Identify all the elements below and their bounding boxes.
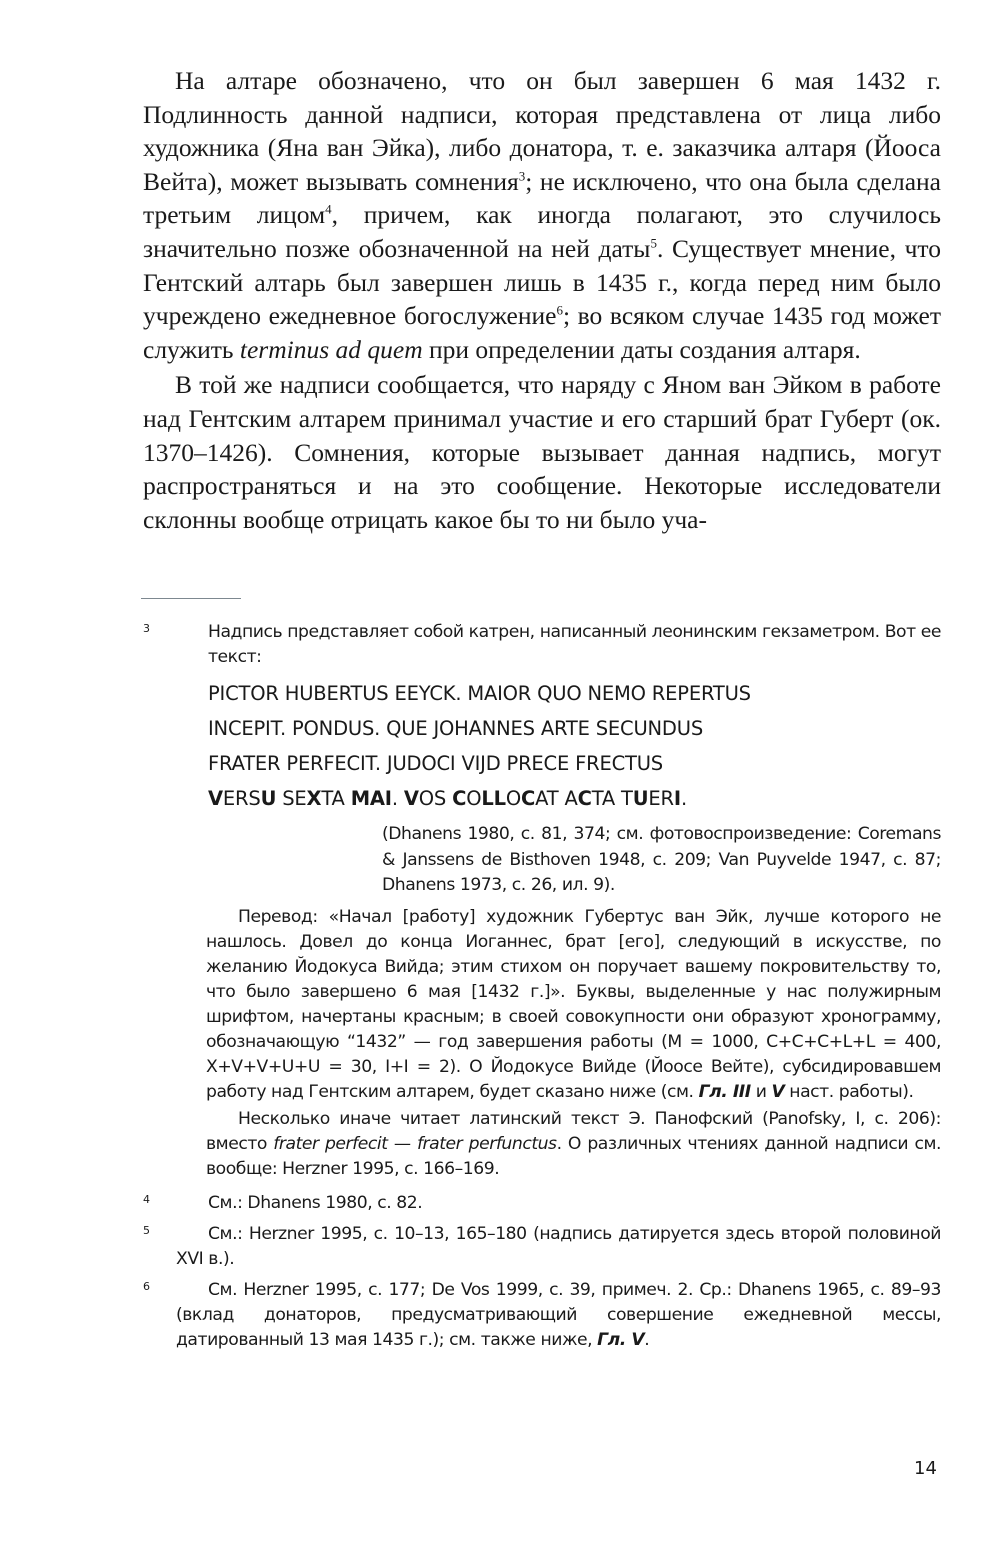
text-span: ERS <box>223 787 261 810</box>
verse-line-1: PICTOR HUBERTUS EEYCK. MAIOR QUO NEMO RE… <box>208 676 941 711</box>
chronogram-letter: V <box>208 787 223 810</box>
text-span: при определении даты создания алтаря. <box>423 335 861 364</box>
text-span: . <box>644 1330 649 1350</box>
footnote-separator <box>141 598 241 599</box>
verse-line-4-chronogram: VERSU SEXTA MAI. VOS COLLOCAT ACTA TUERI… <box>208 781 941 816</box>
chronogram-letter: C <box>521 787 535 810</box>
footnote-number: 4 <box>143 1191 150 1209</box>
page-number: 14 <box>914 1458 937 1479</box>
panofsky-paragraph: Несколько иначе читает латинский текст Э… <box>206 1107 941 1182</box>
text-span: и <box>751 1082 772 1102</box>
chronogram-letter: C <box>452 787 466 810</box>
text-span: — <box>388 1134 417 1154</box>
text-span: AT A <box>535 787 577 810</box>
footnote-3: 3 Надпись представляет собой катрен, нап… <box>143 620 941 1182</box>
text-span: TA <box>321 787 350 810</box>
verse-line-3: FRATER PERFECIT. JUDOCI VIJD PRECE FRECT… <box>208 746 941 781</box>
latin-phrase: frater perfecit <box>273 1134 387 1154</box>
chronogram-letter: LL <box>481 787 505 810</box>
chronogram-letter: I <box>674 787 681 810</box>
paragraph-2: В той же надписи сообщается, что наряду … <box>143 368 941 536</box>
text-span: TA T <box>592 787 633 810</box>
chronogram-letter: C <box>578 787 592 810</box>
text-span: См. Herzner 1995, с. 177; De Vos 1999, с… <box>176 1280 941 1350</box>
text-span: Перевод: «Начал [работу] художник Губерт… <box>206 907 941 1102</box>
text-span: наст. работы). <box>784 1082 913 1102</box>
chronogram-letter: X <box>307 787 322 810</box>
footnote-intro: Надпись представляет собой катрен, напис… <box>208 620 941 670</box>
footnote-number: 3 <box>143 620 150 638</box>
footnote-text: См.: Dhanens 1980, с. 82. <box>208 1191 941 1216</box>
footnote-number: 5 <box>143 1222 150 1240</box>
footnote-5: 5 См.: Herzner 1995, с. 10–13, 165–180 (… <box>143 1222 941 1272</box>
translation-paragraph: Перевод: «Начал [работу] художник Губерт… <box>206 905 941 1105</box>
chronogram-letter: U <box>633 787 649 810</box>
text-span: OS <box>419 787 452 810</box>
text-span: O <box>506 787 521 810</box>
footnote-6: 6 См. Herzner 1995, с. 177; De Vos 1999,… <box>143 1278 941 1353</box>
footnote-text: См. Herzner 1995, с. 177; De Vos 1999, с… <box>176 1278 941 1353</box>
translation: Перевод: «Начал [работу] художник Губерт… <box>206 905 941 1182</box>
latin-verse: PICTOR HUBERTUS EEYCK. MAIOR QUO NEMO RE… <box>208 676 941 816</box>
text-span: . <box>392 787 404 810</box>
text-span: . <box>681 787 687 810</box>
footnote-4: 4 См.: Dhanens 1980, с. 82. <box>143 1191 941 1216</box>
latin-term: terminus ad quem <box>240 335 423 364</box>
latin-phrase: frater perfunctus <box>417 1134 557 1154</box>
chapter-ref[interactable]: Гл. V <box>597 1330 644 1350</box>
footnote-number: 6 <box>143 1278 150 1296</box>
paragraph-1: На алтаре обозначено, что он был заверше… <box>143 64 941 366</box>
text-span: SE <box>276 787 306 810</box>
chapter-ref[interactable]: Гл. III <box>699 1082 751 1102</box>
footnote-text: См.: Herzner 1995, с. 10–13, 165–180 (на… <box>176 1222 941 1272</box>
verse-line-2: INCEPIT. PONDUS. QUE JOHANNES ARTE SECUN… <box>208 711 941 746</box>
chronogram-letter: V <box>404 787 419 810</box>
chronogram-letter: MAI <box>351 787 392 810</box>
footnotes: 3 Надпись представляет собой катрен, нап… <box>143 620 941 1353</box>
chapter-ref[interactable]: V <box>771 1082 784 1102</box>
text-span: ER <box>648 787 673 810</box>
chronogram-letter: U <box>261 787 277 810</box>
verse-citation: (Dhanens 1980, с. 81, 374; см. фотовоспр… <box>382 822 941 899</box>
main-text: На алтаре обозначено, что он был заверше… <box>143 64 941 536</box>
text-span: O <box>466 787 481 810</box>
